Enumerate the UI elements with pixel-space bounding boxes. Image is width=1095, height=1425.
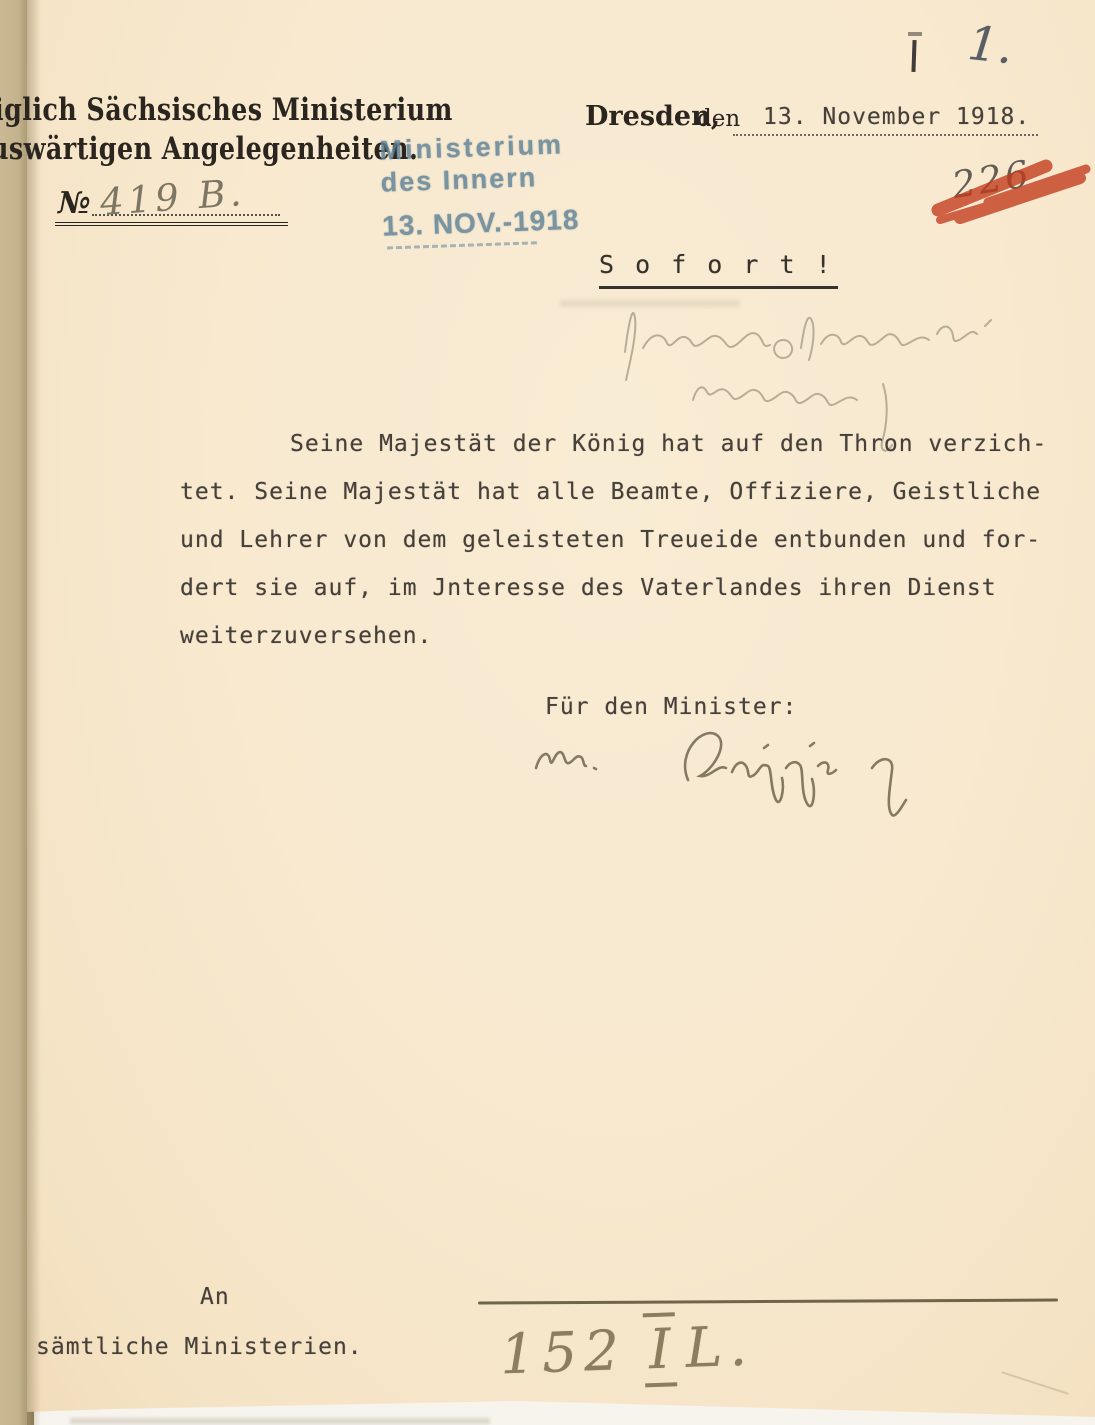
stamp-line2: des Innern [380,161,591,198]
registry-number: 152 [499,1318,627,1386]
recipient-an: An [200,1284,230,1310]
folio-number: 1. [965,16,1015,75]
stamp-date: 13. NOV.-1918 [382,205,593,243]
registry-section: I [643,1312,677,1387]
paper-fold-shadow [27,0,41,1425]
numero-sign: № [58,186,91,221]
letterhead-line1: iglich Sächsisches Ministerium [0,92,453,128]
body-paragraph: Seine Majestät der König hat auf den Thr… [180,420,1080,660]
minister-signature-scribble [520,716,1000,821]
body-line: tet. Seine Majestät hat alle Beamte, Off… [180,468,1080,516]
erased-pencil-ghost [70,1418,490,1424]
urgency-note: S o f o r t ! [599,250,838,289]
ministry-receipt-stamp: Ministerium des Innern 13. NOV.-1918 [379,129,593,249]
ink-smudge [908,32,922,36]
body-line: und Lehrer von dem geleisteten Treueide … [180,516,1080,564]
recipient-ministries: sämtliche Ministerien. [36,1334,363,1360]
registry-suffix: L. [685,1314,755,1380]
body-line: Seine Majestät der König hat auf den Thr… [180,420,1080,468]
stamp-line1: Ministerium [379,129,590,166]
body-line: dert sie auf, im Jnteresse des Vaterland… [180,564,1080,612]
red-crayon-mark [928,138,1095,233]
letterhead-line2: uswärtigen Angelegenheiten. [0,131,418,167]
body-line: weiterzuversehen. [180,612,1080,660]
registry-mark: 152IL. [499,1314,755,1387]
scanned-letter-page: 1. iglich Sächsisches Ministerium uswärt… [0,0,1095,1425]
typed-date: 13. November 1918. [763,104,1030,130]
